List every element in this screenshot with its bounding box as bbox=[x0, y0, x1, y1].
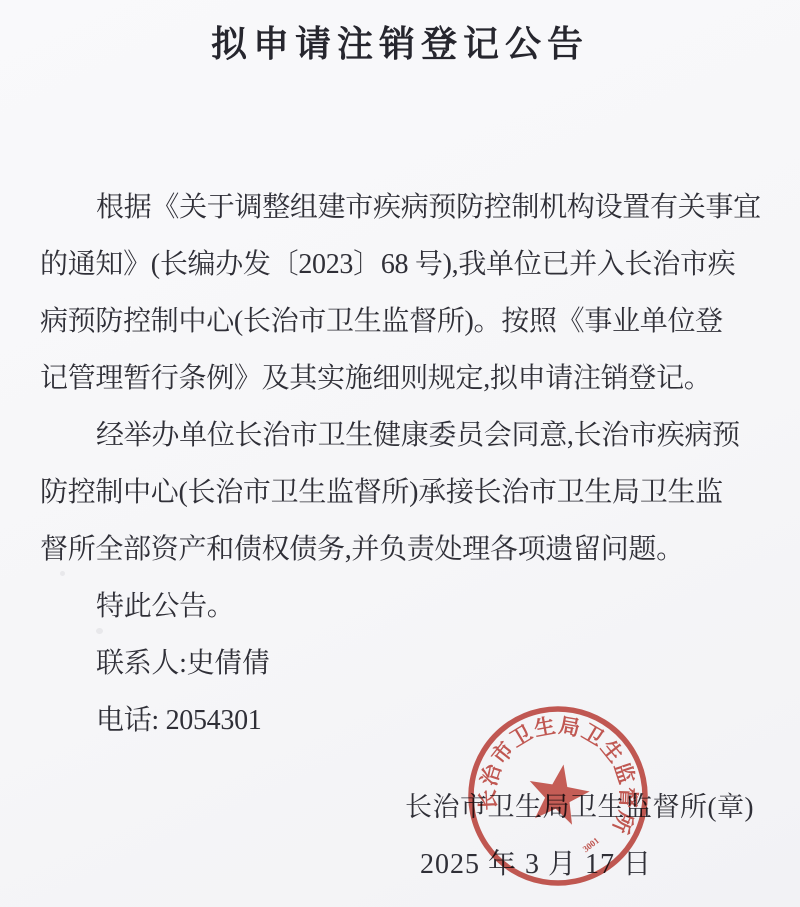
contact-phone-line: 电话: 2054301 bbox=[40, 692, 762, 749]
scan-speckle bbox=[60, 571, 65, 576]
body-line: 的通知》(长编办发〔2023〕68 号),我单位已并入长治市疾 bbox=[40, 236, 762, 293]
signature-date: 2025 年 3 月 17 日 bbox=[0, 836, 800, 893]
body-line: 病预防控制中心(长治市卫生监督所)。按照《事业单位登 bbox=[40, 293, 762, 350]
document-body: 根据《关于调整组建市疾病预防控制机构设置有关事宜 的通知》(长编办发〔2023〕… bbox=[40, 179, 762, 749]
body-line: 督所全部资产和债权债务,并负责处理各项遗留问题。 bbox=[40, 521, 762, 578]
signature-org: 长治市卫生局卫生监督所(章) bbox=[0, 779, 800, 836]
document-page: 拟申请注销登记公告 根据《关于调整组建市疾病预防控制机构设置有关事宜 的通知》(… bbox=[0, 0, 800, 907]
scan-speckle bbox=[96, 628, 103, 634]
body-line: 防控制中心(长治市卫生监督所)承接长治市卫生局卫生监 bbox=[40, 464, 762, 521]
body-line: 记管理暂行条例》及其实施细则规定,拟申请注销登记。 bbox=[40, 350, 762, 407]
contact-person-line: 联系人:史倩倩 bbox=[40, 635, 762, 692]
closing-line: 特此公告。 bbox=[40, 578, 762, 635]
page-title: 拟申请注销登记公告 bbox=[0, 0, 800, 67]
body-line: 经举办单位长治市卫生健康委员会同意,长治市疾病预 bbox=[40, 407, 762, 464]
body-line: 根据《关于调整组建市疾病预防控制机构设置有关事宜 bbox=[40, 179, 762, 236]
